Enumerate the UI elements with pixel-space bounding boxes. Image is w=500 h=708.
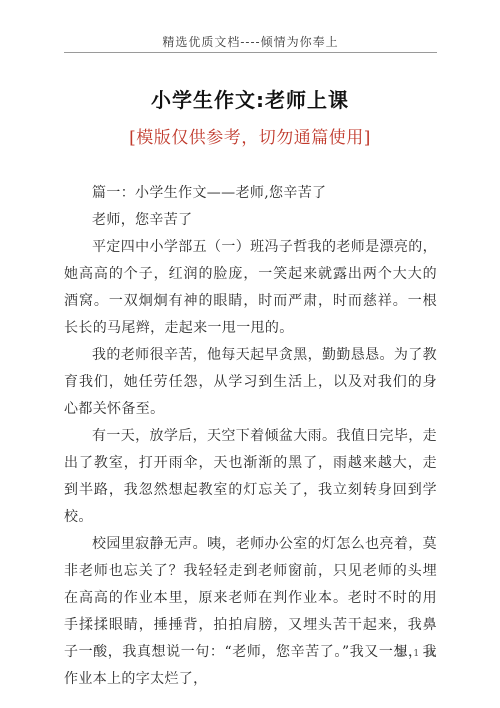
paragraph: 校园里寂静无声。咦，老师办公室的灯怎么也亮着，莫非老师也忘关了？我轻轻走到老师窗… [64,531,437,693]
page-number: 第 1 页 [64,646,437,659]
document-body: 篇一：小学生作文——老师,您辛苦了 老师，您辛苦了 平定四中小学部五（一）班冯子… [64,180,437,693]
paragraph: 老师，您辛苦了 [64,207,437,234]
paragraph: 我的老师很辛苦，他每天起早贪黑，勤勤恳恳。为了教育我们，她任劳任怨，从学习到生活… [64,342,437,423]
document-page: 精选优质文档----倾情为你奉上 小学生作文:老师上课 [模版仅供参考，切勿通篇… [0,0,500,708]
paragraph: 篇一：小学生作文——老师,您辛苦了 [64,180,437,207]
header-divider [64,52,437,53]
page-title: 小学生作文:老师上课 [0,84,500,113]
notice-text: [模版仅供参考，切勿通篇使用] [0,123,500,148]
paragraph: 有一天，放学后，天空下着倾盆大雨。我值日完毕，走出了教室，打开雨伞，天也渐渐的黑… [64,423,437,531]
header-note: 精选优质文档----倾情为你奉上 [64,33,437,50]
paragraph: 平定四中小学部五（一）班冯子哲我的老师是漂亮的，她高高的个子，红润的脸庞，一笑起… [64,234,437,342]
